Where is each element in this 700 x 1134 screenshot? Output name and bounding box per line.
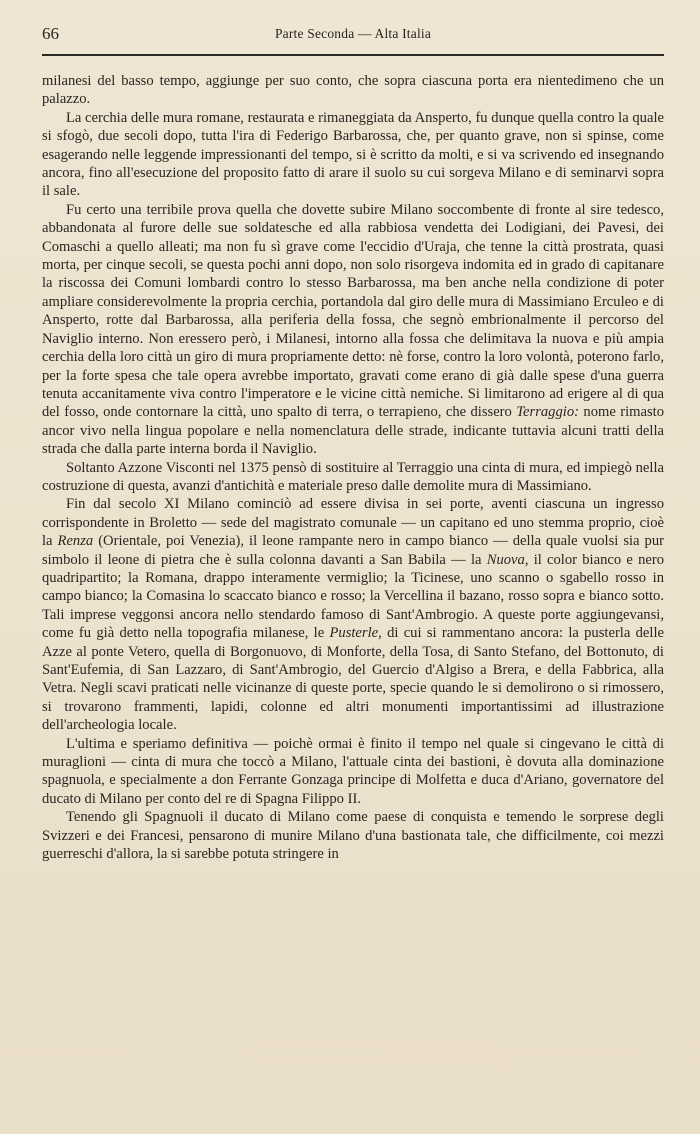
paragraph-1: milanesi del basso tempo, aggiunge per s… (42, 72, 664, 109)
paragraph-5: Fin dal secolo XI Milano cominciò ad ess… (42, 495, 664, 734)
paragraph-4: Soltanto Azzone Visconti nel 1375 pensò … (42, 459, 664, 496)
header-rule (42, 54, 664, 56)
paragraph-2: La cerchia delle mura romane, restaurata… (42, 109, 664, 201)
page-header: 66 Parte Seconda — Alta Italia (42, 24, 664, 46)
italic-term-terraggio: Terraggio: (516, 404, 579, 420)
paragraph-3: Fu certo una terribile prova quella che … (42, 201, 664, 459)
body-text: milanesi del basso tempo, aggiunge per s… (42, 72, 664, 863)
italic-term-nuova: Nuova (487, 552, 525, 568)
italic-term-pusterle: Pusterle (329, 625, 378, 641)
paragraph-6: L'ultima e speriamo definitiva — poichè … (42, 735, 664, 809)
book-page: 66 Parte Seconda — Alta Italia milanesi … (42, 24, 664, 863)
paragraph-7: Tenendo gli Spagnuoli il ducato di Milan… (42, 808, 664, 863)
italic-term-renza: Renza (58, 533, 94, 549)
running-title: Parte Seconda — Alta Italia (42, 26, 664, 42)
